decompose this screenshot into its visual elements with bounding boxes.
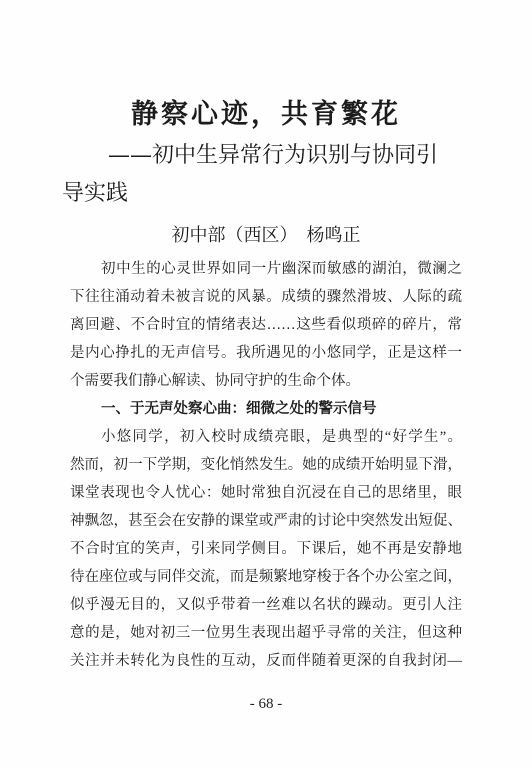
page-number-footer: - 68 -	[0, 696, 532, 713]
text-line: 关注并未转化为良性的互动，反而伴随着更深的自我封闭—	[70, 647, 462, 675]
section-1-heading: 一、于无声处察心曲：细微之处的警示信号	[70, 395, 462, 423]
text-line: 初中生的心灵世界如同一片幽深而敏感的湖泊，微澜之	[70, 255, 462, 283]
paragraph-2: 小悠同学，初入校时成绩亮眼，是典型的“好学生”。 然而，初一下学期，变化悄然发生…	[70, 423, 462, 675]
body-text: 初中生的心灵世界如同一片幽深而敏感的湖泊，微澜之 下往往涌动着未被言说的风暴。成…	[70, 255, 462, 675]
doc-subtitle-line-2: 导实践	[62, 176, 128, 207]
doc-title: 静察心迹，共育繁花	[0, 92, 532, 131]
text-line: 不合时宜的笑声，引来同学侧目。下课后，她不再是安静地	[70, 535, 462, 563]
text-line: 下往往涌动着未被言说的风暴。成绩的骤然滑坡、人际的疏	[70, 283, 462, 311]
text-line: 待在座位或与同伴交流，而是频繁地穿梭于各个办公室之间，	[70, 563, 462, 591]
text-line: 小悠同学，初入校时成绩亮眼，是典型的“好学生”。	[70, 423, 462, 451]
doc-subtitle-line-1: ——初中生异常行为识别与协同引	[108, 138, 438, 169]
text-line: 是内心挣扎的无声信号。我所遇见的小悠同学，正是这样一	[70, 339, 462, 367]
text-line: 神飘忽，甚至会在安静的课堂或严肃的讨论中突然发出短促、	[70, 507, 462, 535]
text-line: 然而，初一下学期，变化悄然发生。她的成绩开始明显下滑，	[70, 451, 462, 479]
paragraph-1: 初中生的心灵世界如同一片幽深而敏感的湖泊，微澜之 下往往涌动着未被言说的风暴。成…	[70, 255, 462, 395]
text-line: 个需要我们静心解读、协同守护的生命个体。	[70, 367, 462, 395]
text-line: 离回避、不合时宜的情绪表达……这些看似琐碎的碎片，常	[70, 311, 462, 339]
author-line: 初中部（西区） 杨鸣正	[0, 221, 532, 247]
text-line: 意的是，她对初三一位男生表现出超乎寻常的关注，但这种	[70, 619, 462, 647]
document-page: 静察心迹，共育繁花 ——初中生异常行为识别与协同引 导实践 初中部（西区） 杨鸣…	[0, 0, 532, 768]
text-line: 似乎漫无目的，又似乎带着一丝难以名状的躁动。更引人注	[70, 591, 462, 619]
text-line: 课堂表现也令人忧心：她时常独自沉浸在自己的思绪里，眼	[70, 479, 462, 507]
